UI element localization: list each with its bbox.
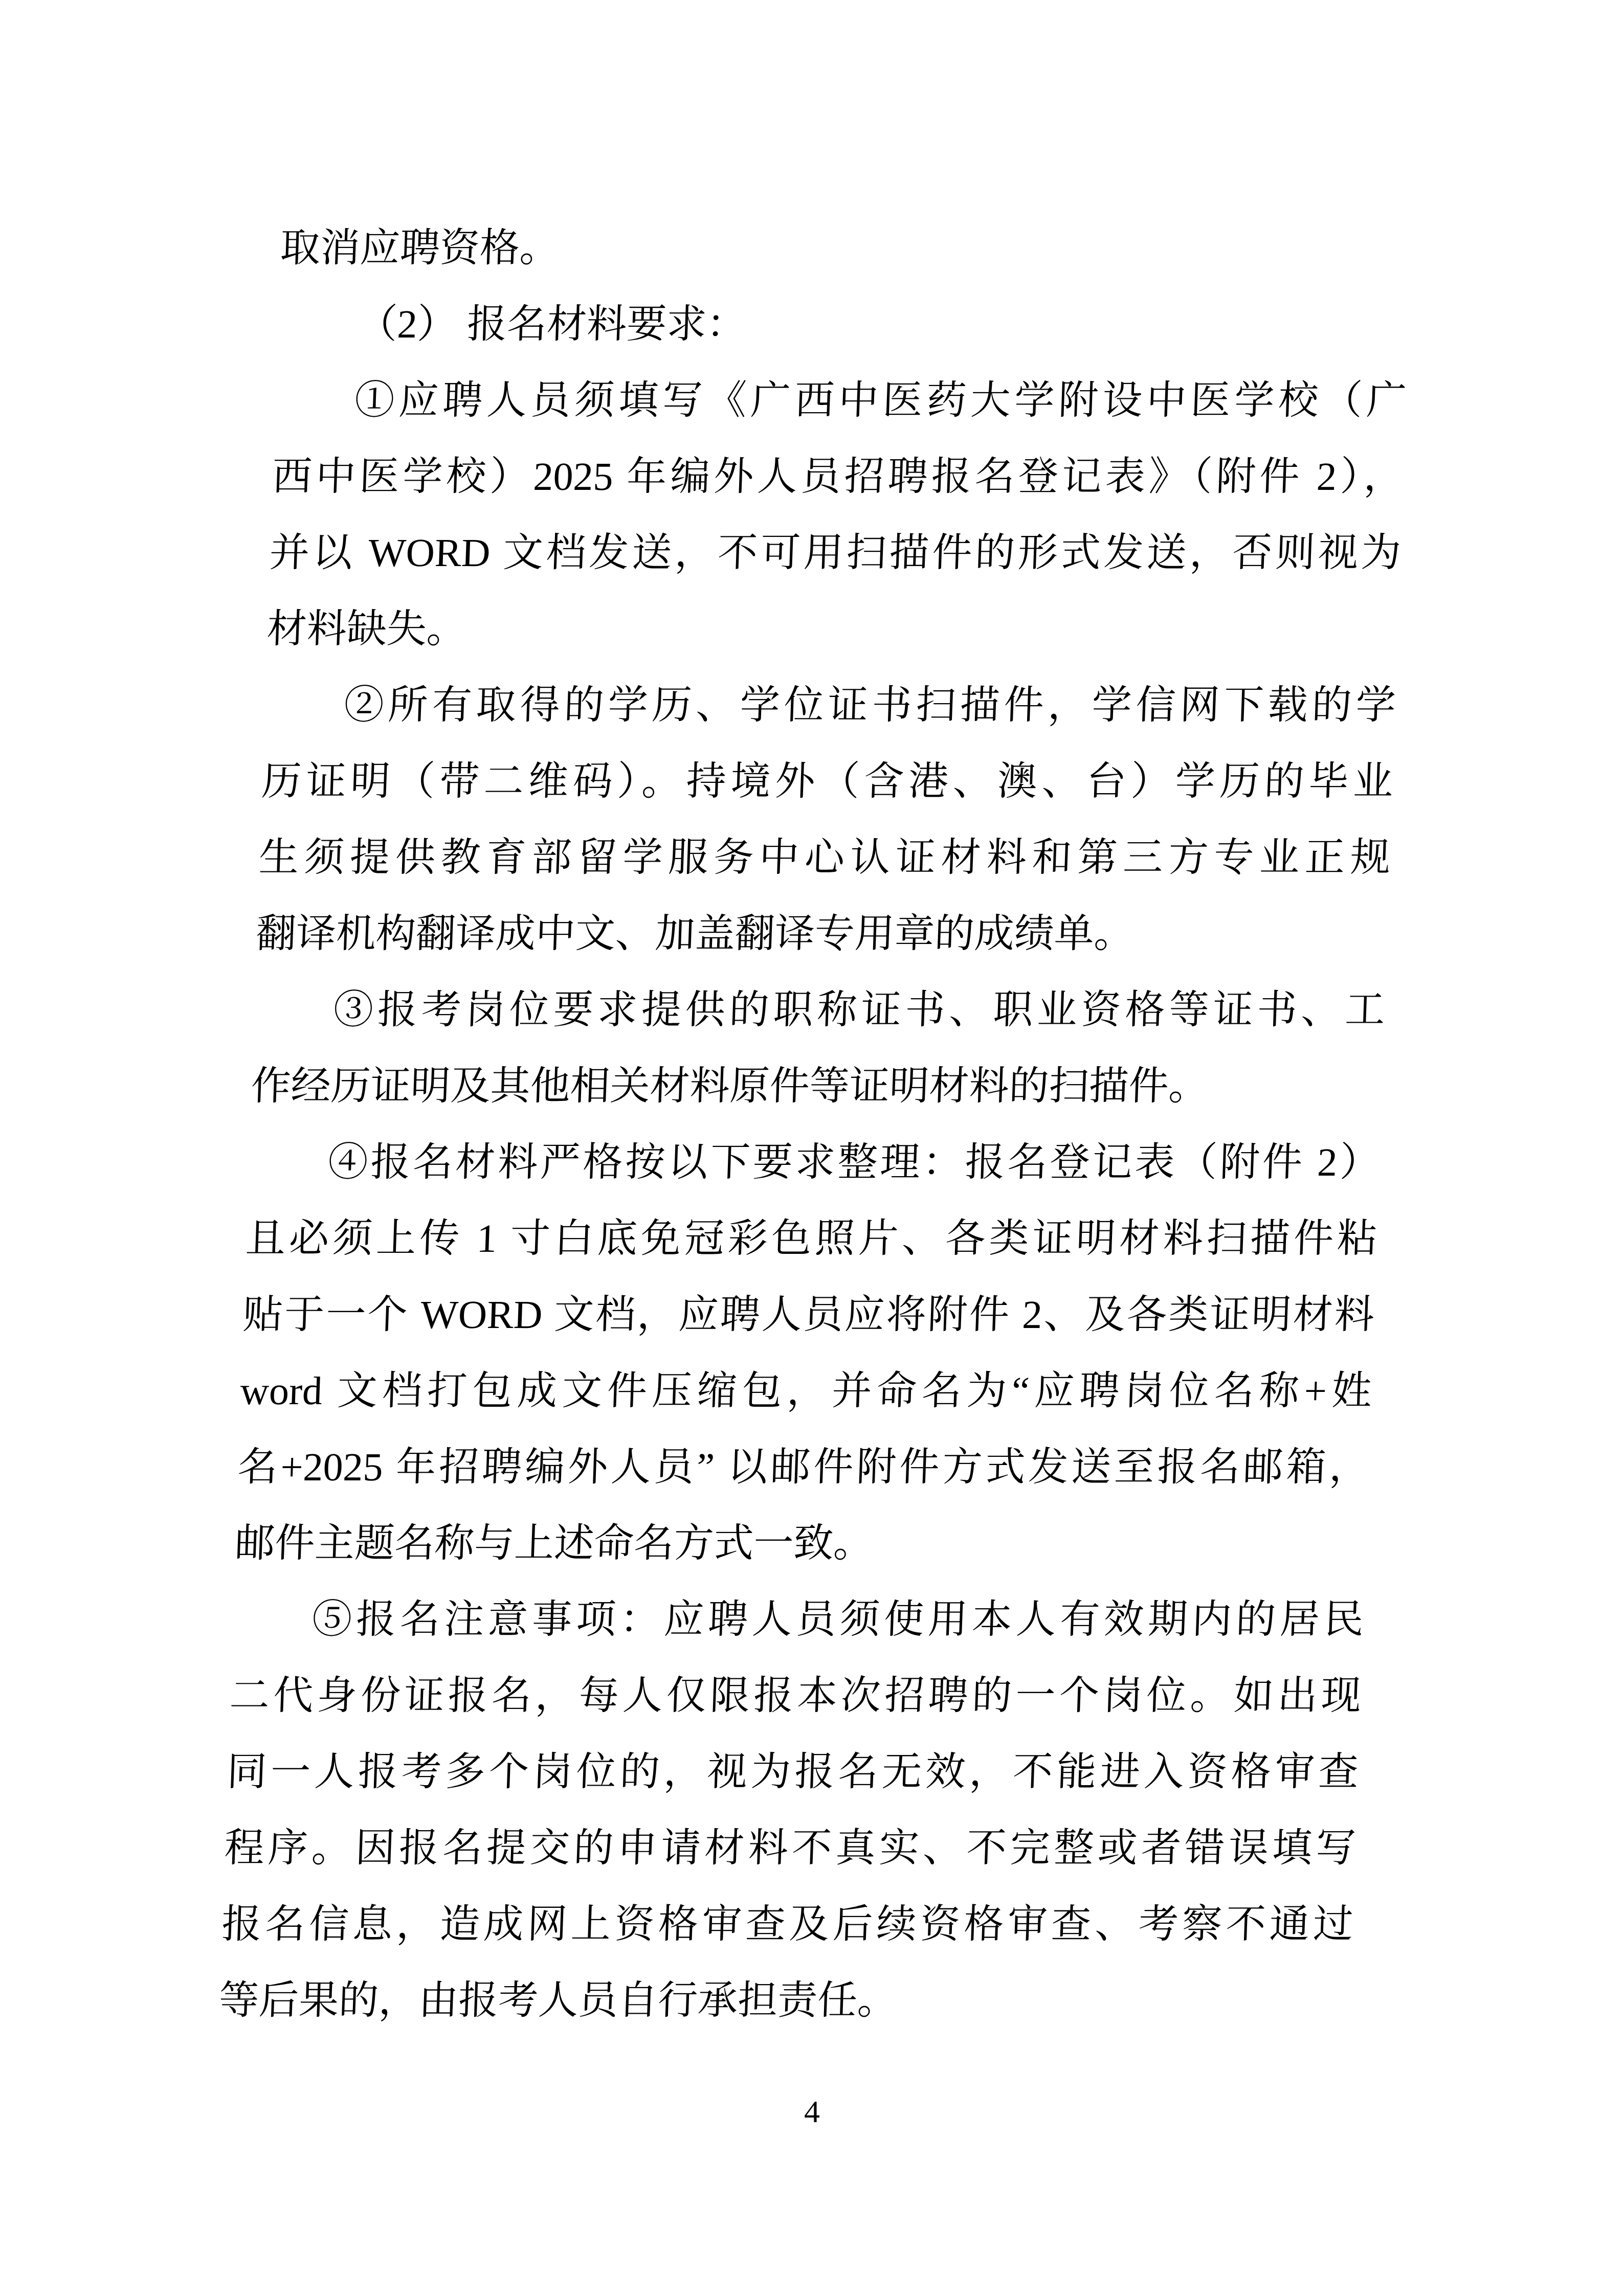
text-line-item5-3: 同一人报考多个岗位的，视为报名无效，不能进入资格审查 xyxy=(226,1734,1360,1810)
text-line-item3-2: 作经历证明及其他相关材料原件等证明材料的扫描件。 xyxy=(250,1048,1384,1124)
text-line-section-2-heading: （2） 报名材料要求： xyxy=(276,286,1410,362)
text-line-item4-2: 且必须上传 1 寸白底免冠彩色照片、各类证明材料扫描件粘 xyxy=(244,1200,1378,1276)
text-line-item2-3: 生须提供教育部留学服务中心认证材料和第三方专业正规 xyxy=(258,819,1392,895)
text-line-item4-1: ④报名材料严格按以下要求整理：报名登记表（附件 2） xyxy=(247,1124,1381,1200)
document-page: 取消应聘资格。 （2） 报名材料要求： ①应聘人员须填写《广西中医药大学附设中医… xyxy=(0,0,1624,2296)
text-line-item2-4: 翻译机构翻译成中文、加盖翻译专用章的成绩单。 xyxy=(255,895,1389,972)
text-line-item5-2: 二代身份证报名，每人仅限报本次招聘的一个岗位。如出现 xyxy=(228,1657,1362,1734)
page-number: 4 xyxy=(0,2089,1624,2135)
text-line-cancel-qualification: 取消应聘资格。 xyxy=(279,210,1413,286)
text-line-item5-4: 程序。因报名提交的申请材料不真实、不完整或者错误填写 xyxy=(223,1810,1357,1886)
document-body: 取消应聘资格。 （2） 报名材料要求： ①应聘人员须填写《广西中医药大学附设中医… xyxy=(218,210,1413,2038)
text-line-item4-5: 名+2025 年招聘编外人员” 以邮件附件方式发送至报名邮箱， xyxy=(236,1429,1370,1505)
text-line-item5-1: ⑤报名注意事项：应聘人员须使用本人有效期内的居民 xyxy=(231,1581,1365,1657)
text-line-item1-3: 并以 WORD 文档发送，不可用扫描件的形式发送，否则视为 xyxy=(268,514,1402,591)
text-line-item4-3: 贴于一个 WORD 文档，应聘人员应将附件 2、及各类证明材料 xyxy=(241,1276,1375,1353)
text-line-item5-6: 等后果的，由报考人员自行承担责任。 xyxy=(218,1962,1352,2038)
text-line-item1-4: 材料缺失。 xyxy=(265,591,1399,667)
text-line-item3-1: ③报考岗位要求提供的职称证书、职业资格等证书、工 xyxy=(252,972,1386,1048)
text-line-item2-1: ②所有取得的学历、学位证书扫描件，学信网下载的学 xyxy=(263,667,1397,743)
text-line-item4-6: 邮件主题名称与上述命名方式一致。 xyxy=(234,1505,1368,1581)
text-line-item1-2: 西中医学校）2025 年编外人员招聘报名登记表》（附件 2）， xyxy=(271,438,1405,514)
text-line-item2-2: 历证明（带二维码）。持境外（含港、澳、台）学历的毕业 xyxy=(260,743,1394,819)
text-line-item1-1: ①应聘人员须填写《广西中医药大学附设中医学校（广 xyxy=(274,362,1408,438)
text-line-item4-4: word 文档打包成文件压缩包，并命名为“应聘岗位名称+姓 xyxy=(239,1353,1373,1429)
text-line-item5-5: 报名信息，造成网上资格审查及后续资格审查、考察不通过 xyxy=(220,1886,1354,1962)
